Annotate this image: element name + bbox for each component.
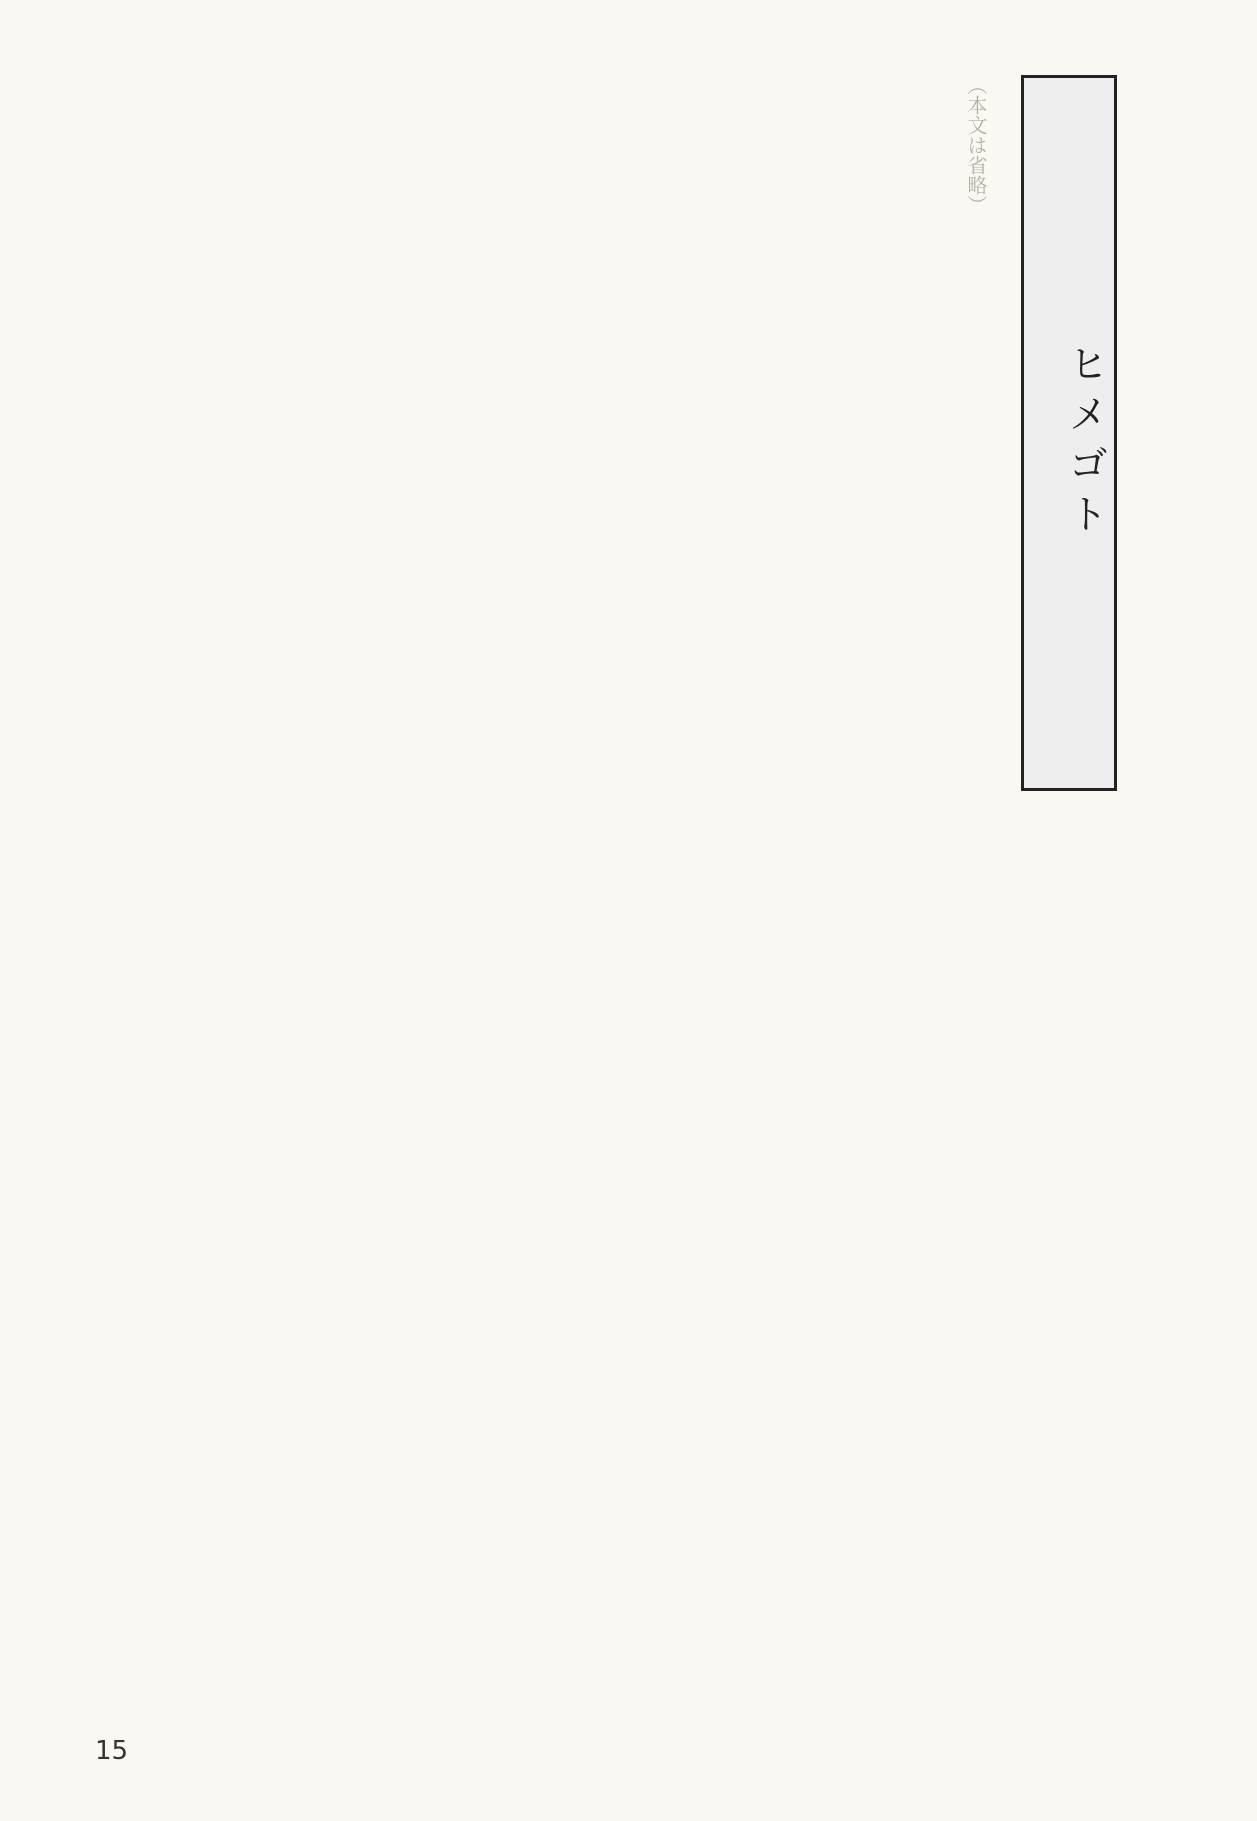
body-text-placeholder: （本文は省略） bbox=[90, 75, 997, 1701]
document-page: ヒメゴト （本文は省略） 15 bbox=[0, 0, 1257, 1821]
page-number: 15 bbox=[95, 1736, 128, 1766]
page-title: ヒメゴト bbox=[1021, 75, 1117, 791]
